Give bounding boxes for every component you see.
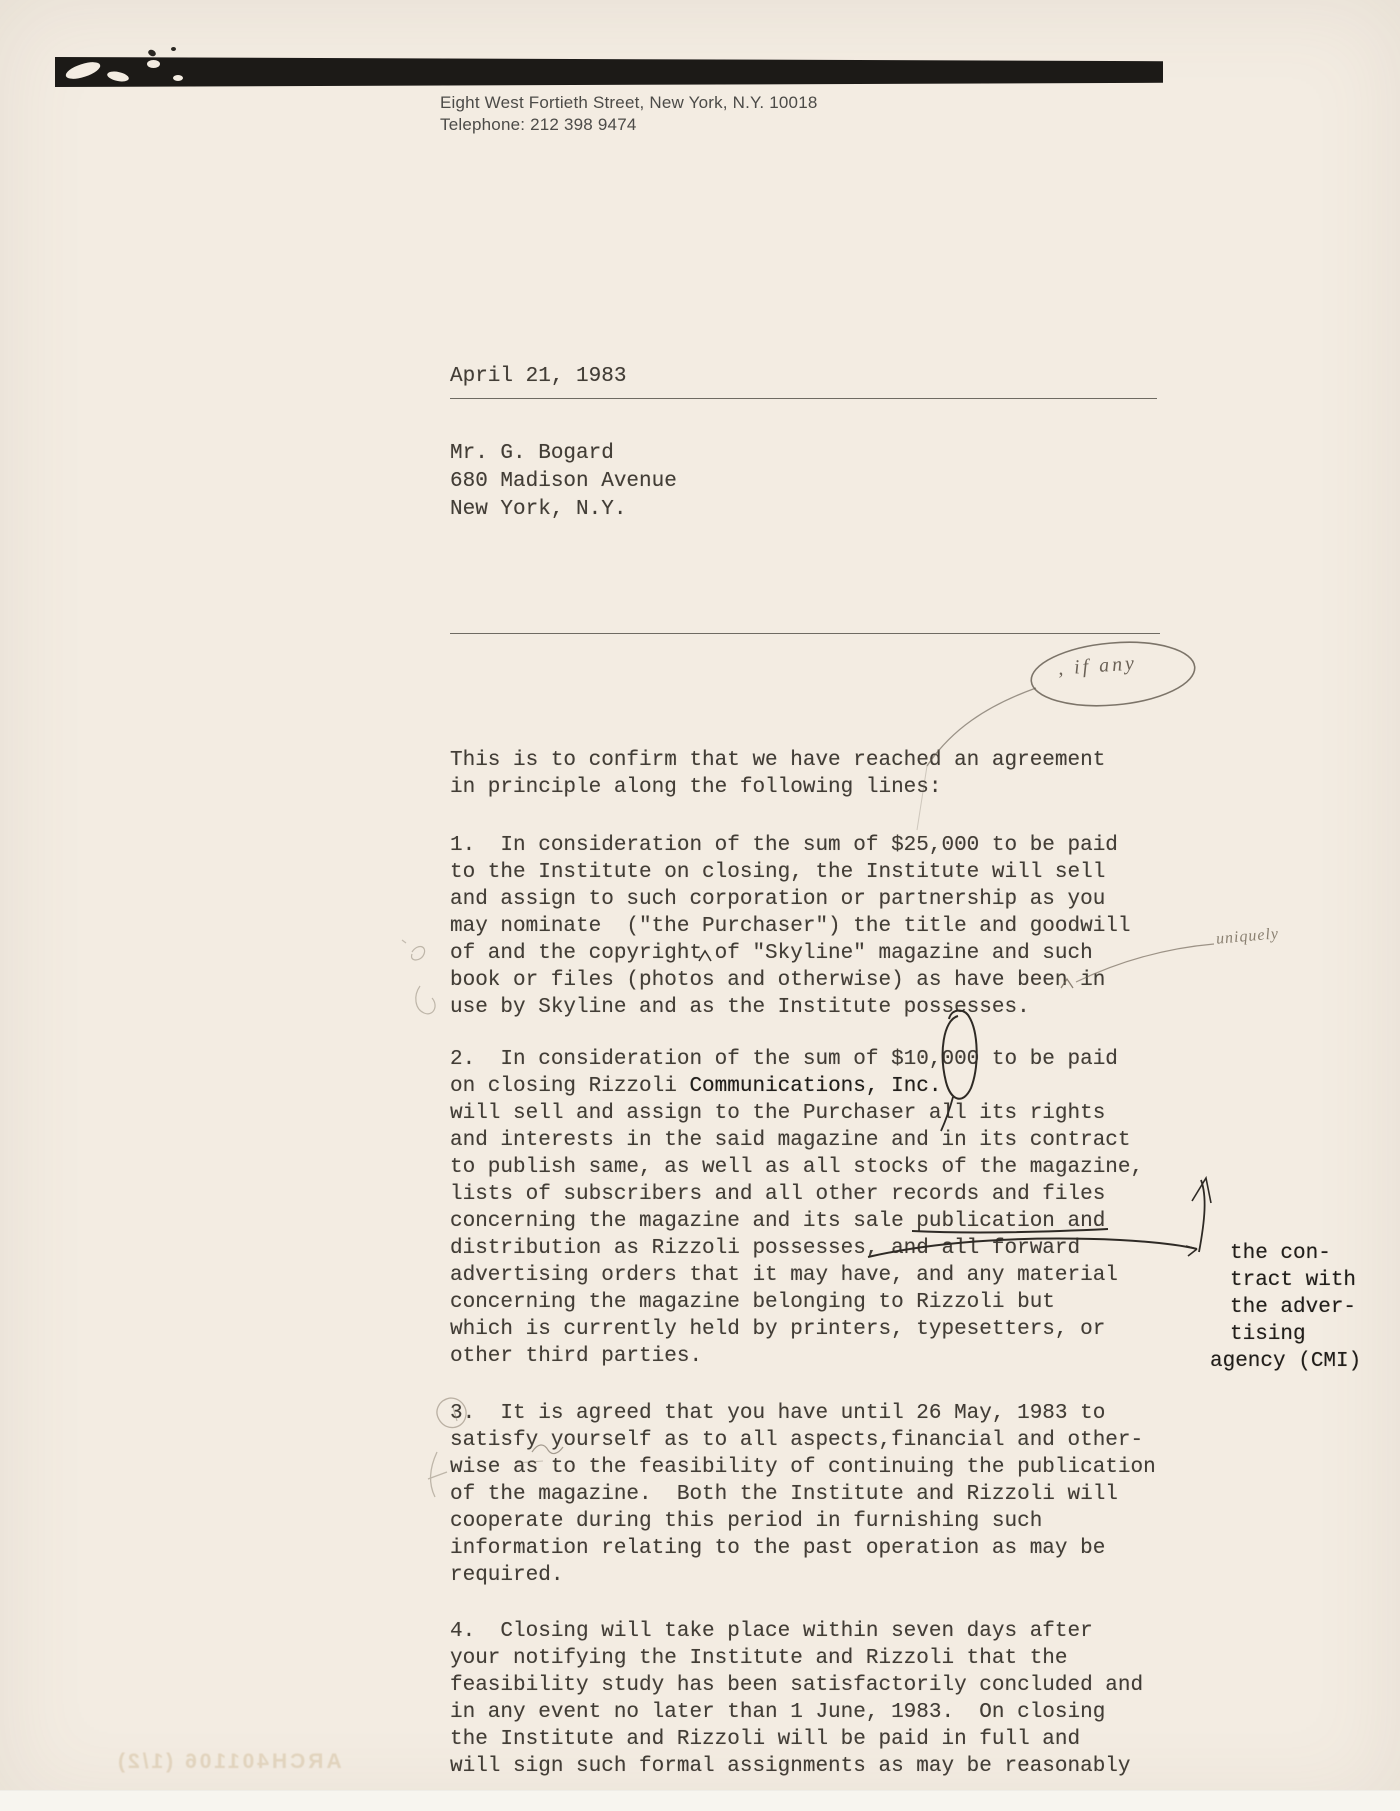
horizontal-rule-mid [450, 633, 1160, 634]
letter-line: This is to confirm that we have reached … [450, 747, 1105, 774]
letter-line: concerning the magazine belonging to Riz… [450, 1289, 1055, 1316]
letter-line: book or files (photos and otherwise) as … [450, 967, 1105, 994]
letter-line-segment: on closing Rizzoli [450, 1075, 689, 1098]
pencil-scribble [416, 986, 435, 1014]
letter-line: lists of subscribers and all other recor… [450, 1181, 1105, 1208]
scanned-letter-page: Eight West Fortieth Street, New York, N.… [0, 0, 1400, 1811]
date-line: April 21, 1983 [450, 363, 626, 390]
bar-damage-spot [64, 59, 102, 82]
letter-line: of and the copyright of "Skyline" magazi… [450, 940, 1093, 967]
letter-line: and assign to such corporation or partne… [450, 886, 1105, 913]
letter-line: which is currently held by printers, typ… [450, 1316, 1105, 1343]
letter-line: required. [450, 1562, 563, 1589]
letter-line: 1. In consideration of the sum of $25,00… [450, 832, 1118, 859]
letter-line: advertising orders that it may have, and… [450, 1262, 1118, 1289]
handwritten-inserted-word: uniquely [1215, 925, 1279, 948]
letterhead-black-bar [55, 57, 1163, 87]
ink-speck [147, 48, 157, 57]
margin-note-line: tising [1230, 1321, 1306, 1348]
letter-line: to the Institute on closing, the Institu… [450, 859, 1105, 886]
recipient-city: New York, N.Y. [450, 496, 626, 523]
ink-speck [171, 47, 176, 51]
insertion-arrow-stem [1199, 1180, 1205, 1252]
bar-damage-spot [147, 60, 160, 68]
letter-line: on closing Rizzoli Communications, Inc. [450, 1073, 942, 1100]
insertion-arrow-head [1192, 1178, 1211, 1203]
letter-line: in any event no later than 1 June, 1983.… [450, 1699, 1105, 1726]
letter-line: may nominate ("the Purchaser") the title… [450, 913, 1131, 940]
letter-line: your notifying the Institute and Rizzoli… [450, 1645, 1068, 1672]
margin-note-line: tract with [1230, 1267, 1356, 1294]
letter-line: concerning the magazine and its sale pub… [450, 1208, 1105, 1235]
pencil-dot [402, 940, 406, 943]
letter-line: other third parties. [450, 1343, 702, 1370]
sweep-arrowhead [1186, 1246, 1197, 1256]
letter-line: distribution as Rizzoli possesses, and a… [450, 1235, 1080, 1262]
letter-line: satisfy yourself as to all aspects,finan… [450, 1427, 1143, 1454]
letter-line: wise as to the feasibility of continuing… [450, 1454, 1156, 1481]
margin-note-line: the con- [1230, 1240, 1331, 1267]
letter-line: of the magazine. Both the Institute and … [450, 1481, 1118, 1508]
letter-line: the Institute and Rizzoli will be paid i… [450, 1726, 1080, 1753]
letter-line: information relating to the past operati… [450, 1535, 1105, 1562]
horizontal-rule-top [450, 398, 1157, 399]
pencil-scribble [412, 946, 425, 960]
margin-note-line: agency (CMI) [1210, 1348, 1361, 1375]
recipient-street: 680 Madison Avenue [450, 468, 677, 495]
bar-damage-spot [173, 75, 183, 81]
letter-line: 2. In consideration of the sum of $10,00… [450, 1046, 1118, 1073]
letter-line: 4. Closing will take place within seven … [450, 1618, 1093, 1645]
pencil-check-mark [428, 1452, 447, 1497]
letterhead-address: Eight West Fortieth Street, New York, N.… [440, 92, 818, 114]
letter-line: will sign such formal assignments as may… [450, 1753, 1131, 1780]
letter-line: feasibility study has been satisfactoril… [450, 1672, 1143, 1699]
bar-damage-spot [106, 70, 129, 83]
letterhead-phone: Telephone: 212 398 9474 [440, 114, 637, 136]
handwritten-circled-note: , if any [1057, 652, 1137, 680]
scan-edge-strip [0, 1790, 1400, 1811]
letter-line: cooperate during this period in furnishi… [450, 1508, 1042, 1535]
letter-line: in principle along the following lines: [450, 774, 941, 801]
letter-line: and interests in the said magazine and i… [450, 1127, 1131, 1154]
margin-note-line: the adver- [1230, 1294, 1356, 1321]
letter-line: will sell and assign to the Purchaser al… [450, 1100, 1105, 1127]
recipient-name: Mr. G. Bogard [450, 440, 614, 467]
bleed-through-text: ARCH401106 (1/2) [115, 1750, 342, 1774]
letter-line-segment-bold: Communications, Inc. [689, 1075, 941, 1098]
letter-line: to publish same, as well as all stocks o… [450, 1154, 1143, 1181]
letter-line: use by Skyline and as the Institute poss… [450, 994, 1030, 1021]
letter-line: 3. It is agreed that you have until 26 M… [450, 1400, 1105, 1427]
